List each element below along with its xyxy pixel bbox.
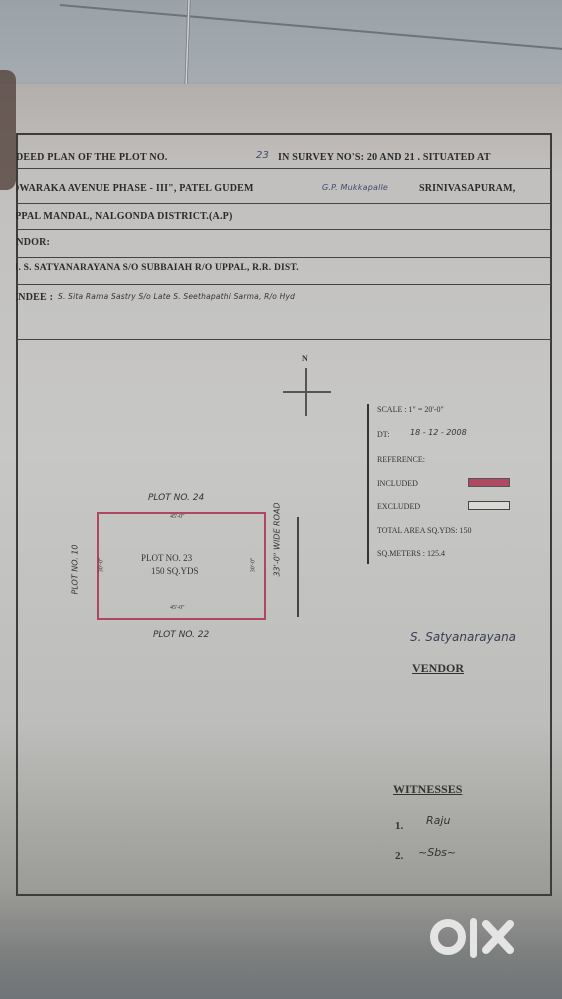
village-handwritten: G.P. Mukkapalle bbox=[322, 183, 388, 192]
total-area: TOTAL AREA SQ.YDS: 150 bbox=[377, 526, 471, 535]
road-edge-line bbox=[297, 517, 299, 617]
plot-north-label: PLOT NO. 24 bbox=[148, 493, 204, 503]
compass-north-label: N bbox=[302, 354, 308, 363]
included-label: INCLUDED bbox=[377, 479, 418, 488]
plot-left-dimension: 30'-0" bbox=[98, 558, 104, 573]
district-line: CHOUTUPPAL MANDAL, NALGONDA DISTRICT.(A.… bbox=[16, 211, 232, 222]
witness-2-signature: ~Sbs~ bbox=[418, 846, 456, 859]
survey-numbers: IN SURVEY NO'S: 20 AND 21 . SITUATED AT bbox=[278, 152, 491, 163]
legend-divider bbox=[367, 404, 369, 564]
vendor-signature: S. Satyanarayana bbox=[410, 630, 516, 644]
header-line-2: DWARAKA AVENUE PHASE - III", PATEL GUDEM… bbox=[16, 168, 552, 204]
plot-west-label: PLOT NO. 10 bbox=[70, 545, 79, 595]
plot-no-handwritten: 23 bbox=[256, 150, 269, 161]
witnesses-caption: WITNESSES bbox=[393, 782, 462, 797]
vendor-row: SRI. S. SATYANARAYANA S/O SUBBAIAH R/O U… bbox=[16, 257, 552, 285]
included-swatch bbox=[468, 478, 510, 487]
plot-title: PLOT NO. 23 bbox=[141, 553, 192, 563]
plot-south-label: PLOT NO. 22 bbox=[153, 630, 209, 640]
excluded-label: EXCLUDED bbox=[377, 502, 420, 511]
header-line-3: CHOUTUPPAL MANDAL, NALGONDA DISTRICT.(A.… bbox=[16, 203, 552, 230]
witness-2-number: 2. bbox=[395, 850, 403, 862]
vendee-label: VENDEE : bbox=[16, 292, 53, 303]
date-label: DT: bbox=[377, 430, 390, 439]
compass-icon-horizontal bbox=[283, 391, 331, 393]
date-value: 18 - 12 - 2008 bbox=[410, 428, 467, 437]
plot-right-dimension: 30'-0" bbox=[250, 558, 256, 573]
vendor-label: VENDOR: bbox=[16, 237, 50, 248]
reference-label: REFERENCE: bbox=[377, 455, 425, 464]
witness-1-number: 1. bbox=[395, 820, 403, 832]
road-label: 33'-0" WIDE ROAD bbox=[273, 502, 282, 576]
witness-1-signature: Raju bbox=[426, 814, 450, 827]
holding-thumb bbox=[0, 70, 16, 190]
location-line: DWARAKA AVENUE PHASE - III", PATEL GUDEM bbox=[16, 183, 254, 194]
olx-watermark bbox=[428, 912, 528, 962]
village-name: SRINIVASAPURAM, bbox=[419, 183, 515, 194]
deed-title: DEED PLAN OF THE PLOT NO. bbox=[16, 152, 168, 163]
vendor-caption: VENDOR bbox=[412, 661, 464, 676]
excluded-swatch bbox=[468, 501, 510, 510]
olx-logo-icon bbox=[428, 912, 528, 962]
sq-meters: SQ.METERS : 125.4 bbox=[377, 549, 445, 558]
vendee-row: VENDEE : S. Sita Rama Sastry S/o Late S.… bbox=[16, 284, 552, 340]
vendor-label-row: VENDOR: bbox=[16, 229, 552, 258]
plot-top-dimension: 45'-0" bbox=[170, 514, 185, 520]
vendee-name: S. Sita Rama Sastry S/o Late S. Seethapa… bbox=[58, 292, 295, 301]
wall-tile-line bbox=[60, 4, 562, 51]
vendor-name: SRI. S. SATYANARAYANA S/O SUBBAIAH R/O U… bbox=[16, 263, 299, 273]
wall-tile-gap bbox=[184, 0, 190, 88]
scale-text: SCALE : 1" = 20'-0" bbox=[377, 405, 444, 414]
header-line-1: DEED PLAN OF THE PLOT NO. 23 IN SURVEY N… bbox=[16, 135, 552, 169]
plot-bottom-dimension: 45'-0" bbox=[170, 605, 185, 611]
plot-area: 150 SQ.YDS bbox=[151, 566, 199, 576]
